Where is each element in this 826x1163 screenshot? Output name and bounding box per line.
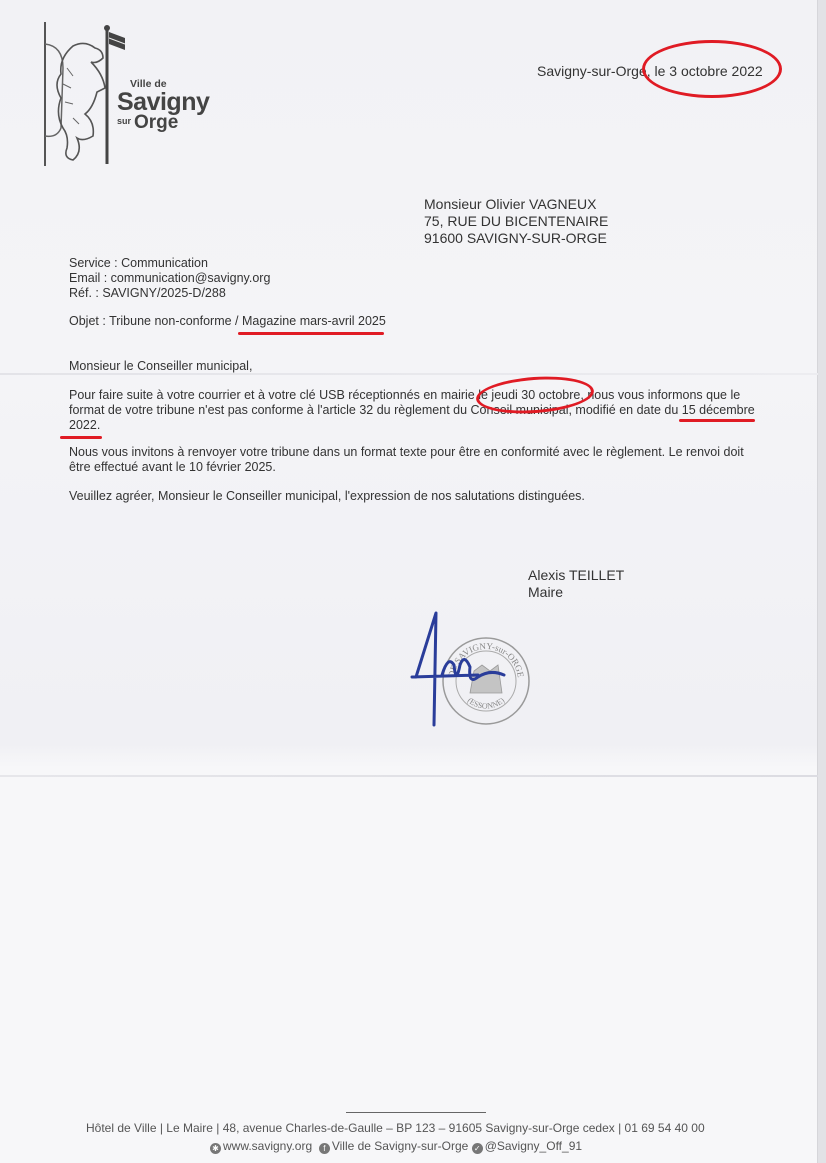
service-line: Service : Communication [69,256,270,271]
footer-website[interactable]: www.savigny.org [223,1139,312,1153]
twitter-icon: ✓ [472,1143,483,1154]
reference-line: Réf. : SAVIGNY/2025-D/288 [69,286,270,301]
paragraph-1: Pour faire suite à votre courrier et à v… [69,388,755,433]
subject-line: Objet : Tribune non-conforme / Magazine … [69,314,386,329]
facebook-icon: f [319,1143,330,1154]
subject-prefix: Objet : Tribune non-conforme / [69,314,242,328]
logo-text-sur: sur [117,116,131,126]
p2-line2: être effectué avant le 10 février 2025. [69,460,744,475]
salutation: Monsieur le Conseiller municipal, [69,359,252,374]
fold-line-lower [0,775,818,777]
recipient-city: 91600 SAVIGNY-SUR-ORGE [424,230,608,247]
p1-underlined-date: 15 décembre [682,403,755,417]
paragraph-2: Nous vous invitons à renvoyer votre trib… [69,445,744,475]
handwritten-signature [408,605,513,730]
logo-text-orge: Orge [134,112,178,134]
red-underline-subject [238,332,384,335]
p2-line1: Nous vous invitons à renvoyer votre trib… [69,445,744,460]
signatory-block: Alexis TEILLET Maire [528,567,624,601]
p1-underlined-year: 2022 [69,418,97,432]
closing-formula: Veuillez agréer, Monsieur le Conseiller … [69,489,585,504]
p1-line1-end: , nous vous informons que le [580,388,740,402]
p1-line1-start: Pour faire suite à votre courrier et à v… [69,388,478,402]
email-line: Email : communication@savigny.org [69,271,270,286]
signatory-title: Maire [528,584,624,601]
date-place: Savigny-sur-Orge, [537,63,651,79]
red-underline-december [679,419,755,422]
recipient-name: Monsieur Olivier VAGNEUX [424,196,608,213]
recipient-street: 75, RUE DU BICENTENAIRE [424,213,608,230]
letter-page [0,0,818,1163]
recipient-address: Monsieur Olivier VAGNEUX 75, RUE DU BICE… [424,196,608,247]
globe-icon: ✱ [210,1143,221,1154]
footer-twitter[interactable]: @Savigny_Off_91 [485,1139,582,1153]
p1-line2-start: format de votre tribune n'est pas confor… [69,403,682,417]
red-circle-annotation-date [642,40,782,98]
sender-info: Service : Communication Email : communic… [69,256,270,301]
subject-highlight: Magazine mars-avril 2025 [242,314,386,328]
footer-address: Hôtel de Ville | Le Maire | 48, avenue C… [86,1121,705,1135]
footer-facebook[interactable]: Ville de Savigny-sur-Orge [332,1139,469,1153]
p1-line3-end: . [97,418,100,432]
red-underline-year [60,436,102,439]
footer-links: ✱www.savigny.org fVille de Savigny-sur-O… [210,1139,582,1154]
signatory-name: Alexis TEILLET [528,567,624,584]
paper-edge [817,0,826,1163]
footer-divider [346,1112,486,1113]
